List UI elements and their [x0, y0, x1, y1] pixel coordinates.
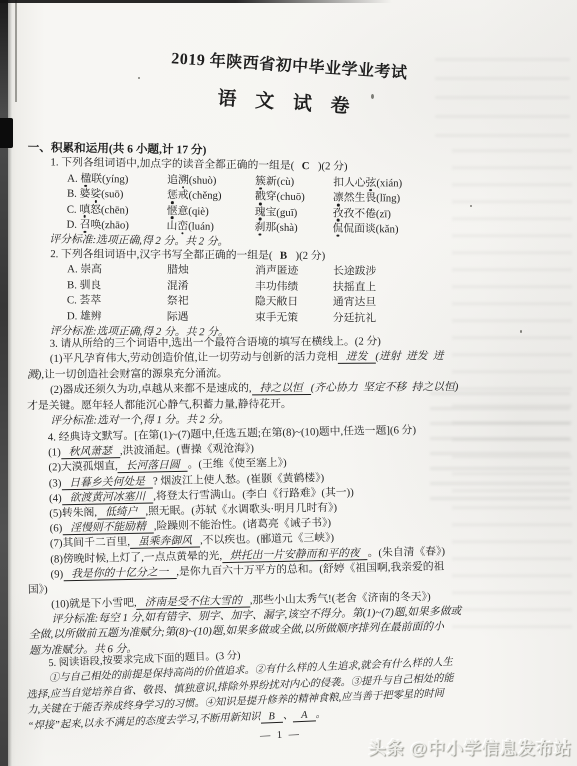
answer-blank: 欲渡黄河冰塞川: [62, 490, 154, 505]
book-spine: [0, 0, 8, 766]
spine-black-tab: [0, 118, 13, 148]
option-cell: 侃侃面谈(kǎn): [332, 221, 468, 238]
option-cell: 簇新(cù): [255, 174, 333, 191]
option-cell: 隐天敝日: [255, 295, 333, 311]
text-segment: (5)转朱阁,: [49, 507, 97, 520]
section-q4-recitation: 4. 经典诗文默写。[在第(1)~(7)题中,任选五题;在第(8)~(10)题中…: [25, 422, 471, 659]
text-segment: 一、积累和运用(共 6 小题,计 17 分): [28, 141, 207, 157]
scan-speck: [470, 205, 472, 207]
text-segment: D. 雄辨: [67, 310, 102, 322]
dotted-char: 楹: [80, 173, 91, 185]
text-segment: (suō): [101, 188, 123, 200]
option-cell: 分廷抗礼: [333, 311, 469, 327]
text-segment: 孜不倦(zī): [343, 207, 391, 220]
text-segment: 宝(guī): [265, 206, 297, 218]
text-segment: 消声匿迹: [255, 265, 298, 277]
option-cell: C. 嗔怒(chēn): [67, 202, 167, 219]
dotted-char: 峦: [177, 220, 188, 232]
text-segment: 。: [315, 709, 326, 720]
text-segment: 分廷抗礼: [333, 312, 376, 324]
text-segment: 祭祀: [167, 295, 189, 307]
text-segment: 山: [166, 220, 177, 232]
text-segment: ,洪波涌起。(曹操《观沧海》): [120, 443, 254, 458]
text-segment: 。(朱自清《春》): [368, 545, 446, 559]
dotted-char: 簇: [255, 175, 266, 187]
text-segment: (迸射 迸发 迸: [375, 350, 443, 362]
text-segment: 腊烛: [167, 264, 189, 276]
answer-letter: C: [294, 160, 318, 172]
text-segment: ,将登太行雪满山。(李白《行路难》(其一)): [153, 486, 354, 502]
text-segment: 际遇: [167, 311, 189, 323]
text-segment: 1. 下列各组词语中,加点字的读音全都正确的一组是(: [50, 157, 294, 173]
answer-blank: A: [293, 709, 316, 722]
option-cell: 瑰宝(guī): [255, 205, 333, 222]
section-q1-pronunciation: 一、积累和运用(共 6 小题,计 17 分)1. 下列各组词语中,加点字的读音全…: [26, 140, 470, 254]
dotted-char: 瑰: [255, 206, 266, 218]
text-segment: 扣人心: [333, 176, 366, 188]
text-segment: (1)平凡孕育伟大,劳动创造价值,让一切劳动与创新的活力竞相: [50, 351, 338, 365]
text-segment: 3. 请从所给的三个词语中,选出一个最符合语境的填写在横线上。(2 分): [50, 336, 381, 350]
text-segment: (8)傍晚时候,上灯了,一点点黄晕的光,: [50, 550, 222, 565]
text-segment: 穿(chuō): [266, 191, 305, 204]
option-cell: 腊烛: [167, 263, 255, 279]
text-segment: (2)器成还须久为功,卓越从来都不是速成的,: [50, 383, 252, 396]
option-cell: 丰功伟绩: [255, 279, 333, 295]
text-segment: 通宵达旦: [333, 296, 376, 308]
text-segment: (shuò): [189, 174, 217, 186]
option-cell: 刹那(shà): [254, 220, 332, 237]
option-cell: B. 婆娑(suō): [67, 187, 167, 204]
dotted-char: 刹: [254, 221, 265, 233]
option-cell: 消声匿迹: [255, 264, 333, 280]
text-segment: — 1 —: [260, 729, 301, 742]
option-cell: 长途跋涉: [333, 265, 469, 281]
dotted-char: 孜: [333, 207, 344, 219]
text-segment: 。(王维《使至塞上》): [188, 457, 287, 471]
text-segment: 唤(zhāo): [90, 219, 129, 232]
text-segment: (2)大漠孤烟直,: [48, 461, 118, 474]
answer-blank: 烘托出一片安静而和平的夜: [222, 547, 368, 563]
text-segment: (9): [50, 568, 63, 580]
option-cell: 扶摇直上: [333, 280, 469, 296]
option-cell: 际遇: [167, 310, 255, 326]
text-segment: )(2 分): [295, 250, 325, 262]
text-segment: C. 荟萃: [67, 294, 101, 306]
text-segment: 然生畏(lǐng): [344, 192, 401, 205]
text-segment: 戒(chěng): [178, 189, 222, 202]
text-segment: (xián): [376, 177, 402, 189]
text-segment: 联(yíng): [91, 173, 128, 186]
text-segment: ? 烟波江上使人愁。(崔颢《黄鹤楼》): [153, 472, 324, 487]
option-cell: 混淆: [167, 279, 255, 295]
text-segment: 意(qiè): [177, 205, 208, 217]
text-segment: 评分标准:选项正确,得 2 分。共 2 分。: [49, 234, 228, 249]
text-segment: C.: [67, 203, 80, 215]
text-segment: 溅): [27, 369, 41, 381]
text-segment: 束手无策: [255, 311, 298, 323]
text-line: (2)器成还须久为功,卓越从来都不是速成的,持之以恒(齐心协力 坚定不移 持之以…: [27, 380, 469, 398]
option-cell: D. 召唤(zhāo): [66, 218, 166, 235]
option-cell: 祭祀: [167, 294, 255, 310]
option-cell: C. 荟萃: [67, 293, 167, 309]
option-cell: 惬意(qiè): [167, 204, 255, 221]
answer-blank: 济南是受不住大雪的: [137, 595, 250, 610]
text-segment: 那(shà): [265, 221, 298, 233]
text-segment: 新(cù): [266, 175, 294, 187]
text-segment: 2. 下列各组词语中,汉字书写全都正确的一组是(: [50, 248, 272, 262]
scan-top-edge-line: [0, 0, 392, 3]
text-segment: 怒(chēn): [90, 204, 129, 217]
answer-blank: 日暮乡关何处是: [61, 475, 153, 490]
dotted-char: 弦: [366, 177, 377, 189]
text-segment: A.: [67, 172, 80, 184]
text-segment: (4): [49, 492, 62, 504]
option-cell: 戳穿(chuō): [255, 190, 333, 207]
option-cell: D. 雄辨: [67, 309, 167, 325]
text-segment: A. 崇高: [67, 264, 102, 276]
book-spine-shadow: [8, 0, 12, 766]
dotted-char: 戳: [255, 191, 266, 203]
option-cell: A. 崇高: [67, 263, 167, 279]
option-cell: A. 楹联(yíng): [67, 171, 167, 188]
text-segment: ,照无眠。(苏轼《水调歌头·明月几时有》): [145, 502, 337, 518]
bleed-through-text: [452, 140, 572, 640]
dotted-char: 溯: [178, 174, 189, 186]
text-segment: 评分标准:选对一个,得 1 分。共 2 分。: [50, 414, 229, 427]
text-segment: 才是关键。愿年轻人都能沉心静气,积蓄力量,静待花开。: [27, 398, 292, 412]
option-cell: B. 驯良: [67, 278, 167, 294]
answer-blank: 长河落日圆: [118, 459, 188, 473]
text-segment: ,那些小山太秀气!(老舍《济南的冬天》): [250, 591, 431, 607]
option-cell: 惩戒(chěng): [167, 188, 255, 205]
section-q5-passage: 5. 阅读语段,按要求完成下面的题目。(3 分)①与自己相处的前提是保持高尚的价…: [25, 639, 470, 749]
text-segment: B. 婆: [67, 188, 91, 200]
option-cell: 追溯(shuò): [167, 173, 255, 190]
dotted-char: 娑: [90, 188, 101, 200]
text-segment: 侃面谈(kǎn): [343, 223, 398, 236]
dotted-char: 凛: [333, 192, 344, 204]
exam-title-block: 2019 年陕西省初中毕业学业考试 语 文 试 卷: [0, 35, 577, 133]
section-q3-word-choice: 3. 请从所给的三个词语中,选出一个最符合语境的填写在横线上。(2 分)(1)平…: [27, 334, 470, 429]
text-segment: (1): [48, 446, 61, 458]
answer-blank: 虽乘奔御风: [130, 535, 200, 549]
answer-blank: 持之以恒: [252, 382, 311, 395]
text-line: (1)平凡孕育伟大,劳动创造价值,让一切劳动与创新的活力竞相迸发(迸射 迸发 迸: [27, 349, 469, 367]
answer-blank: 迸发: [338, 351, 376, 364]
scanned-exam-page: { "document": { "colors": { "ink": "#1e1…: [0, 0, 577, 766]
text-segment: (齐心协力 坚定不移 持之以恒): [311, 381, 459, 394]
text-segment: ,险躁则不能治性。(诸葛亮《诫子书》): [154, 517, 331, 533]
text-segment: (10)就是下小雪吧,: [51, 597, 137, 611]
text-segment: 扶摇直上: [333, 281, 376, 293]
dotted-char: 召: [80, 219, 91, 231]
text-segment: 追: [167, 174, 178, 186]
text-segment: (luán): [188, 220, 214, 232]
option-cell: 束手无策: [255, 310, 333, 326]
scan-speck: [520, 330, 522, 333]
section-q2-characters: 2. 下列各组词语中,汉字书写全都正确的一组是( B )(2 分)A. 崇高腊烛…: [27, 247, 470, 342]
answer-blank: 我是你的十亿分之一: [63, 566, 176, 581]
dotted-char: 惬: [167, 205, 178, 217]
text-segment: (7)其间千二百里,: [50, 536, 130, 550]
text-segment: )(2 分): [318, 161, 348, 173]
dotted-char: 嗔: [79, 203, 90, 215]
dotted-char: 侃: [332, 222, 343, 234]
text-segment: ,让一切创造社会财富的源泉充分涌流。: [41, 367, 227, 380]
answer-blank: B: [260, 710, 283, 723]
answer-blank: 低绮户: [97, 506, 146, 520]
answer-blank: 淫慢则不能励精: [62, 521, 154, 536]
option-cell: 通宵达旦: [333, 295, 469, 311]
answer-letter: B: [272, 250, 295, 262]
text-segment: 国》): [28, 583, 48, 595]
option-cell: 山峦(luán): [166, 219, 254, 236]
text-segment: (3): [49, 477, 62, 489]
text-segment: B. 驯良: [67, 279, 101, 291]
text-segment: (6): [50, 522, 63, 534]
dotted-char: 惩: [167, 189, 178, 201]
answer-blank: 秋风萧瑟: [61, 445, 120, 459]
text-segment: D.: [66, 219, 79, 231]
text-segment: 混淆: [167, 280, 189, 292]
text-segment: 隐天敝日: [255, 296, 298, 308]
text-segment: 丰功伟绩: [255, 280, 298, 292]
watermark: 头条 @中小学信息发布站: [369, 734, 572, 759]
text-segment: ,不以疾也。(郦道元《三峡》): [200, 532, 334, 547]
text-segment: 长途跋涉: [333, 266, 376, 278]
